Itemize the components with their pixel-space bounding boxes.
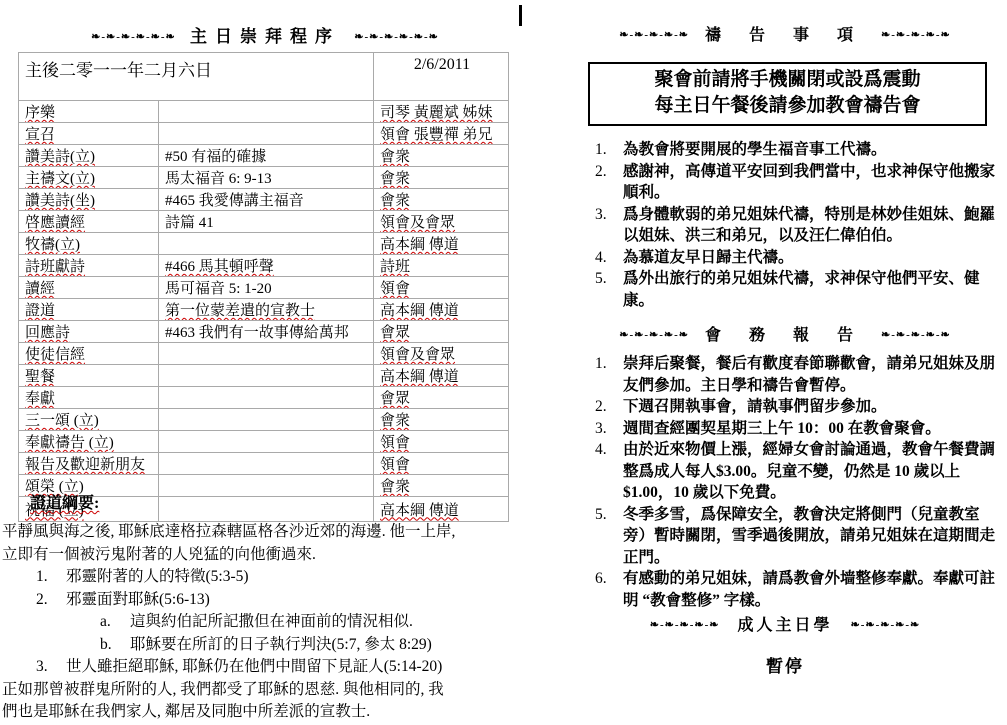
table-row: 宣召領會 張豐禪 弟兄 (19, 123, 509, 145)
floral-ornament-icon: ❧-❧-❧-❧-❧ (881, 29, 951, 41)
church-report-title: ❧-❧-❧-❧-❧ 會 務 報 告 ❧-❧-❧-❧-❧ (563, 322, 1007, 345)
list-item: 2.感謝神，高傳道平安回到我們當中，也求神保守他搬家順利。 (595, 161, 1001, 204)
table-row: 奉獻會眾 (19, 387, 509, 409)
table-row: 讚美詩(立)#50 有福的確據會衆 (19, 145, 509, 167)
program-detail (159, 387, 374, 409)
sermon-line: 3.世人雖拒絕耶穌, 耶穌仍在他們中間留下見証人(5:14-20) (2, 656, 524, 679)
list-item: 3.爲身體軟弱的弟兄姐妹代禱，特別是林妙佳姐妹、鮑羅以姐妹、洪三和弟兄，以及汪仁… (595, 204, 1001, 247)
sermon-line: 立即有一個被污鬼附著的人兇猛的向他衝過來. (2, 544, 524, 567)
floral-ornament-icon: ❧-❧-❧-❧-❧-❧ (354, 31, 439, 43)
program-item: 奉獻 (19, 387, 159, 409)
program-person: 領會 張豐禪 弟兄 (374, 123, 509, 145)
program-person: 會衆 (374, 189, 509, 211)
program-detail (159, 409, 374, 431)
sermon-outline: 平靜風與海之後, 耶穌底達格拉森轄區格各沙近郊的海邊. 他一上岸,立即有一個被污… (2, 521, 524, 724)
table-row: 三一頌 (立)會衆 (19, 409, 509, 431)
program-person: 會衆 (374, 475, 509, 497)
floral-ornament-icon: ❧-❧-❧-❧-❧ (619, 329, 689, 341)
program-person: 會衆 (374, 145, 509, 167)
table-row: 證道第一位蒙差遣的宣教士高本綱 傳道 (19, 299, 509, 321)
program-person: 司琴 黃麗斌 姊妹 (374, 101, 509, 123)
prayer-items-title: ❧-❧-❧-❧-❧ 禱 告 事 項 ❧-❧-❧-❧-❧ (563, 22, 1007, 45)
program-item: 使徒信經 (19, 343, 159, 365)
notice-line-2: 每主日午餐後請參加教會禱告會 (590, 93, 985, 119)
program-person: 會衆 (374, 167, 509, 189)
program-item: 讚美詩(立) (19, 145, 159, 167)
program-detail (159, 233, 374, 255)
program-person: 高本綱 傳道 (374, 299, 509, 321)
program-person: 領會 (374, 453, 509, 475)
program-item: 牧禱(立) (19, 233, 159, 255)
worship-program-title: ❧-❧-❧-❧-❧-❧ 主日崇拜程序 ❧-❧-❧-❧-❧-❧ (0, 22, 530, 47)
program-item: 讀經 (19, 277, 159, 299)
program-person: 領會及會眾 (374, 343, 509, 365)
date-chinese: 主後二零一一年二月六日 (19, 53, 374, 101)
sermon-line: 們也是耶穌在我們家人, 鄰居及同胞中所差派的宣教士. (2, 701, 524, 724)
sermon-line: 平靜風與海之後, 耶穌底達格拉森轄區格各沙近郊的海邊. 他一上岸, (2, 521, 524, 544)
list-item: 5.爲外出旅行的弟兄姐妹代禱，求神保守他們平安、健康。 (595, 268, 1001, 311)
adult-sunday-school-title-text: 成人主日學 (737, 617, 832, 634)
worship-program-table: 主後二零一一年二月六日 2/6/2011 序樂司琴 黃麗斌 姊妹宣召領會 張豐禪… (18, 52, 509, 522)
program-detail: 馬太福音 6: 9-13 (159, 167, 374, 189)
table-row: 奉獻禱告 (立)領會 (19, 431, 509, 453)
report-list: 1.崇拜后聚餐，餐后有歡度春節聯歡會，請弟兄姐妹及朋友們參加。主日學和禱告會暫停… (595, 353, 1001, 611)
program-item: 報告及歡迎新朋友 (19, 453, 159, 475)
program-detail: #463 我們有一故事傳給萬邦 (159, 321, 374, 343)
program-detail (159, 475, 374, 497)
floral-ornament-icon: ❧-❧-❧-❧-❧ (851, 619, 921, 631)
program-item: 宣召 (19, 123, 159, 145)
program-item: 主禱文(立) (19, 167, 159, 189)
list-item: 4.由於近來物價上漲，經婦女會討論通過，教會午餐費調整爲成人每人$3.00。兒童… (595, 439, 1001, 504)
program-person: 領會及會眾 (374, 211, 509, 233)
program-item: 讚美詩(坐) (19, 189, 159, 211)
program-detail (159, 431, 374, 453)
list-item: 5.冬季多雪，爲保障安全，教會決定將側門（兒童教室旁）暫時關閉，雪季過後開放，請… (595, 504, 1001, 569)
program-detail: #466 馬其頓呼聲 (159, 255, 374, 277)
list-item: 4.為慕道友早日歸主代禱。 (595, 247, 1001, 269)
program-detail (159, 101, 374, 123)
program-item: 奉獻禱告 (立) (19, 431, 159, 453)
program-item: 聖餐 (19, 365, 159, 387)
list-item: 6.有感動的弟兄姐妹，請爲教會外墙整修奉獻。奉獻可註明 “教會整修” 字樣。 (595, 568, 1001, 611)
program-person: 詩班 (374, 255, 509, 277)
floral-ornament-icon: ❧-❧-❧-❧-❧-❧ (91, 31, 176, 43)
table-row: 序樂司琴 黃麗斌 姊妹 (19, 101, 509, 123)
prayer-list: 1.為教會將要開展的學生福音事工代禱。2.感謝神，高傳道平安回到我們當中，也求神… (595, 139, 1001, 311)
sermon-line: 2.邪靈面對耶穌(5:6-13) (2, 589, 524, 612)
church-report-title-text: 會 務 報 告 (705, 327, 865, 344)
program-detail (159, 497, 374, 522)
program-person: 領會 (374, 277, 509, 299)
program-person: 會眾 (374, 321, 509, 343)
table-row: 牧禱(立)高本綱 傳道 (19, 233, 509, 255)
phone-notice-box: 聚會前請將手機關閉或設爲震動 每主日午餐後請參加教會禱告會 (588, 62, 987, 126)
table-row: 主禱文(立)馬太福音 6: 9-13會衆 (19, 167, 509, 189)
program-item: 序樂 (19, 101, 159, 123)
table-row: 報告及歡迎新朋友領會 (19, 453, 509, 475)
table-row: 讚美詩(坐)#465 我愛傳講主福音會衆 (19, 189, 509, 211)
table-row: 詩班獻詩#466 馬其頓呼聲詩班 (19, 255, 509, 277)
floral-ornament-icon: ❧-❧-❧-❧-❧ (619, 29, 689, 41)
sermon-outline-heading: 證道綱要: (30, 490, 99, 513)
program-detail: 詩篇 41 (159, 211, 374, 233)
program-detail: #50 有福的確據 (159, 145, 374, 167)
list-item: 1.為教會將要開展的學生福音事工代禱。 (595, 139, 1001, 161)
sermon-line: 正如那曾被群鬼所附的人, 我們都受了耶穌的恩慈. 與他相同的, 我 (2, 679, 524, 702)
program-detail: 第一位蒙差遣的宣教士 (159, 299, 374, 321)
program-person: 會衆 (374, 409, 509, 431)
table-row: 使徒信經領會及會眾 (19, 343, 509, 365)
program-item: 啓應讀經 (19, 211, 159, 233)
floral-ornament-icon: ❧-❧-❧-❧-❧ (881, 329, 951, 341)
program-item: 詩班獻詩 (19, 255, 159, 277)
bulletin-page: ❧-❧-❧-❧-❧-❧ 主日崇拜程序 ❧-❧-❧-❧-❧-❧ 主後二零一一年二月… (0, 0, 1007, 725)
program-detail (159, 453, 374, 475)
program-person: 會眾 (374, 387, 509, 409)
program-item: 回應詩 (19, 321, 159, 343)
program-detail (159, 343, 374, 365)
list-item: 2.下週召開執事會，請執事們留步參加。 (595, 396, 1001, 418)
worship-program-title-text: 主日崇拜程序 (190, 27, 340, 46)
adult-sunday-school-title: ❧-❧-❧-❧-❧ 成人主日學 ❧-❧-❧-❧-❧ (563, 612, 1007, 635)
notice-line-1: 聚會前請將手機關閉或設爲震動 (590, 67, 985, 93)
list-item: 3.週間查經團契星期三上午 10：00 在教會聚會。 (595, 418, 1001, 440)
table-row: 啓應讀經詩篇 41領會及會眾 (19, 211, 509, 233)
program-person: 高本綱 傳道 (374, 233, 509, 255)
sermon-line: a.這與約伯記所記撒但在神面前的情況相似. (2, 611, 524, 634)
program-person: 高本綱 傳道 (374, 497, 509, 522)
floral-ornament-icon: ❧-❧-❧-❧-❧ (650, 619, 720, 631)
table-row: 讀經馬可福音 5: 1-20領會 (19, 277, 509, 299)
date-numeric: 2/6/2011 (374, 53, 509, 101)
program-detail: #465 我愛傳講主福音 (159, 189, 374, 211)
prayer-items-title-text: 禱 告 事 項 (705, 27, 865, 44)
program-item: 三一頌 (立) (19, 409, 159, 431)
sermon-line: 1.邪靈附著的人的特徵(5:3-5) (2, 566, 524, 589)
program-detail (159, 123, 374, 145)
program-detail (159, 365, 374, 387)
table-row: 回應詩#463 我們有一故事傳給萬邦會眾 (19, 321, 509, 343)
sermon-line: b.耶穌要在所訂的日子執行判決(5:7, 參太 8:29) (2, 634, 524, 657)
sunday-school-status: 暫停 (563, 652, 1007, 677)
program-person: 高本綱 傳道 (374, 365, 509, 387)
program-detail: 馬可福音 5: 1-20 (159, 277, 374, 299)
program-person: 領會 (374, 431, 509, 453)
table-row: 聖餐高本綱 傳道 (19, 365, 509, 387)
list-item: 1.崇拜后聚餐，餐后有歡度春節聯歡會，請弟兄姐妹及朋友們參加。主日學和禱告會暫停… (595, 353, 1001, 396)
table-header-row: 主後二零一一年二月六日 2/6/2011 (19, 53, 509, 101)
program-item: 證道 (19, 299, 159, 321)
